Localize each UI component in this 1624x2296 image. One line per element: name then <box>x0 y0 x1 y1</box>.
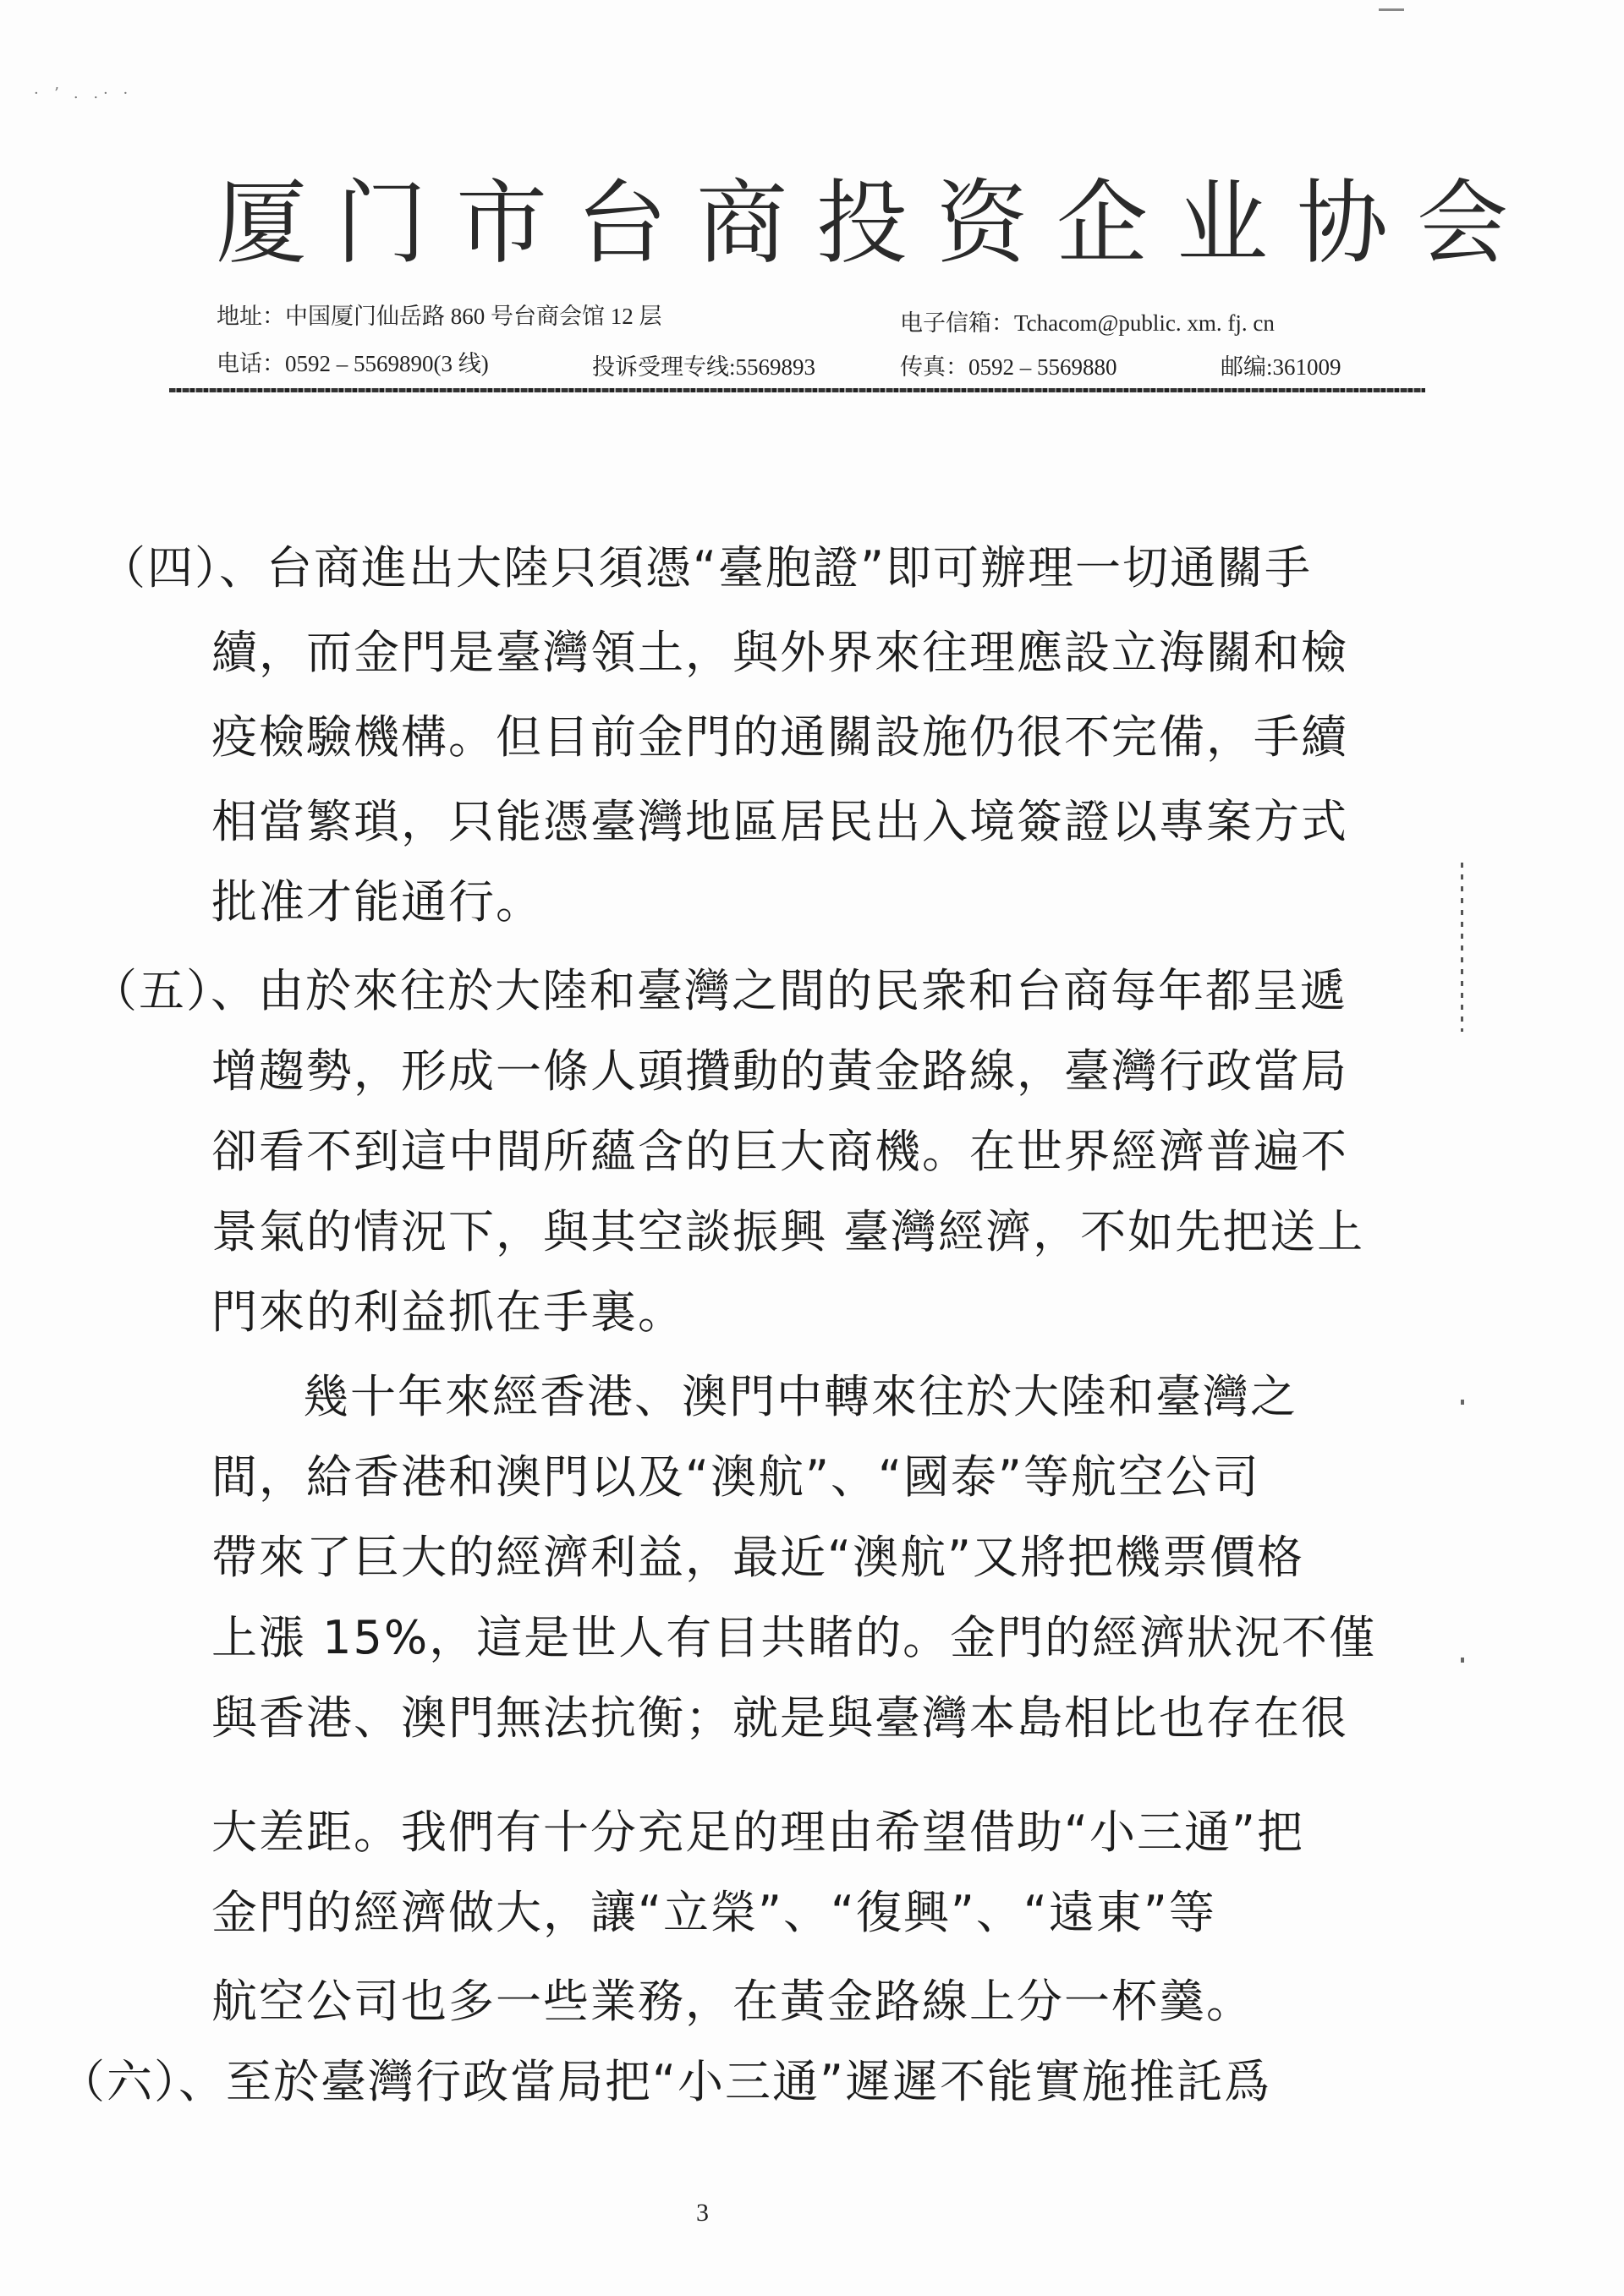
paragraph-line: 與香港、澳門無法抗衡；就是與臺灣本島相比也存在很 <box>211 1691 1348 1745</box>
paragraph-line: 批准才能通行。 <box>211 875 543 929</box>
postal-code-text: 邮编:361009 <box>1221 348 1341 381</box>
letterhead-divider <box>169 388 1425 392</box>
email-text: 电子信箱：Tchacom@public. xm. fj. cn <box>900 304 1275 337</box>
paragraph-line: 增趨勢，形成一條人頭攢動的黃金路線，臺灣行政當局 <box>211 1044 1348 1099</box>
scan-artifact <box>1461 863 1463 1032</box>
scan-artifact <box>1461 1658 1464 1663</box>
paragraph-line: 卻看不到這中間所蘊含的巨大商機。在世界經濟普遍不 <box>211 1125 1348 1179</box>
letterhead-title: 厦门市台商投资企业协会 <box>216 173 1400 275</box>
address-text: 地址：中国厦门仙岳路 860 号台商会馆 12 层 <box>217 298 662 331</box>
scan-artifact <box>1461 1400 1464 1405</box>
paragraph-line: 上漲 15%，這是世人有目共睹的。金門的經濟狀況不僅 <box>211 1611 1376 1665</box>
paragraph-line: （六）、至於臺灣行政當局把“小三通”遲遲不能實施推託爲 <box>59 2055 1271 2109</box>
paragraph-line: 大差距。我們有十分充足的理由希望借助“小三通”把 <box>211 1806 1304 1860</box>
phone-text: 电话：0592 – 5569890(3 线) <box>217 345 489 378</box>
page-number: 3 <box>696 2199 709 2228</box>
paragraph-line: 幾十年來經香港、澳門中轉來往於大陸和臺灣之 <box>303 1370 1298 1424</box>
paragraph-line: 相當繁瑣，只能憑臺灣地區居民出入境簽證以專案方式 <box>211 795 1348 849</box>
scan-artifact: · ʼ . .· · <box>34 85 133 102</box>
complaint-line-text: 投诉受理专线:5569893 <box>592 348 815 381</box>
fax-text: 传真：0592 – 5569880 <box>900 348 1117 381</box>
paragraph-line: 門來的利益抓在手裏。 <box>211 1285 685 1340</box>
scanned-document-page: · ʼ . .· · 厦门市台商投资企业协会 地址：中国厦门仙岳路 860 号台… <box>0 0 1624 2296</box>
paragraph-line: 景氣的情況下，與其空談振興 臺灣經濟，不如先把送上 <box>211 1205 1364 1259</box>
paragraph-line: 帶來了巨大的經濟利益，最近“澳航”又將把機票價格 <box>211 1531 1304 1585</box>
paragraph-line: 續，而金門是臺灣領土，與外界來往理應設立海關和檢 <box>211 626 1348 680</box>
paragraph-line: 金門的經濟做大，讓“立榮”、“復興”、“遠東”等 <box>211 1886 1216 1940</box>
scan-artifact <box>1379 8 1404 11</box>
paragraph-line: 疫檢驗機構。但目前金門的通關設施仍很不完備，手續 <box>211 710 1348 764</box>
paragraph-line: 間，給香港和澳門以及“澳航”、“國泰”等航空公司 <box>211 1450 1260 1504</box>
paragraph-line: 航空公司也多一些業務，在黃金路線上分一杯羹。 <box>211 1975 1254 2029</box>
paragraph-line: （五）、由於來往於大陸和臺灣之間的民衆和台商每年都呈遞 <box>91 964 1347 1018</box>
paragraph-line: （四）、台商進出大陸只須憑“臺胞證”即可辦理一切通關手 <box>100 541 1312 595</box>
